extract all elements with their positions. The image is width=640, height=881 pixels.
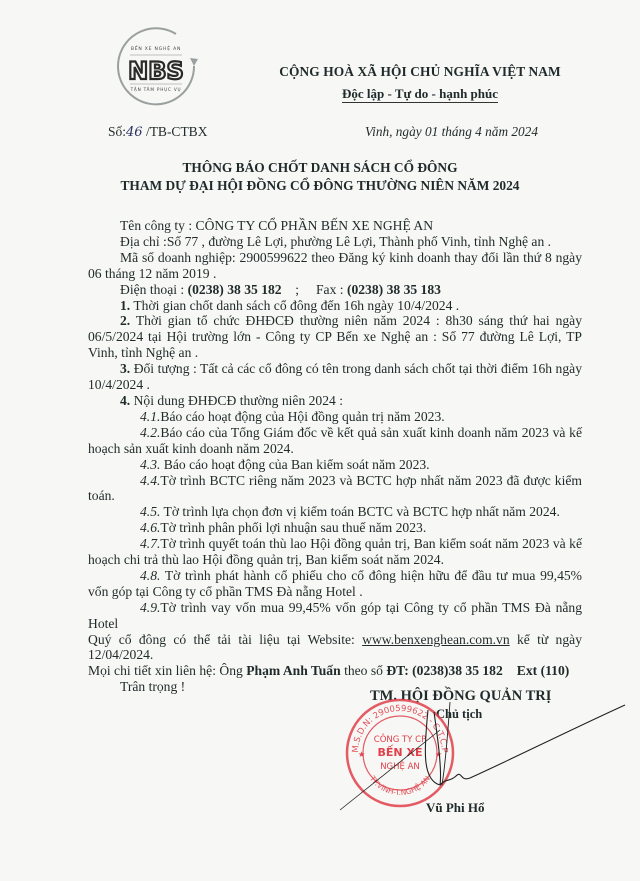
agenda-text: Tờ trình vay vốn mua 99,45% vốn góp tại … <box>88 600 582 631</box>
contact-ext: Ext (110) <box>517 663 569 678</box>
contact-phone: ĐT: (0238)38 35 182 <box>386 663 502 678</box>
doc-number-suffix: /TB-CTBX <box>143 124 208 139</box>
agenda-text: Báo cáo hoạt động của Ban kiểm soát năm … <box>160 457 429 472</box>
agenda-number: 4.4. <box>140 473 160 488</box>
label: Tên công ty : <box>120 218 196 233</box>
doc-number-prefix: Số: <box>108 124 126 139</box>
agenda-number: 4.6. <box>140 520 160 535</box>
agenda-text: Tờ trình phát hành cổ phiếu cho cổ đông … <box>88 568 582 599</box>
document-number: Số:46 /TB-CTBX <box>108 124 207 140</box>
agenda-text: Tờ trình BCTC riêng năm 2023 và BCTC hợp… <box>88 473 582 504</box>
doc-title-line2: THAM DỰ ĐẠI HỘI ĐỒNG CỔ ĐÔNG THƯỜNG NIÊN… <box>60 178 580 194</box>
item-text: Đối tượng : Tất cả các cổ đông có tên tr… <box>88 361 582 392</box>
label: Địa chỉ : <box>120 234 167 249</box>
company-name-line: Tên công ty : CÔNG TY CỔ PHẦN BẾN XE NGH… <box>88 218 582 234</box>
label: Điện thoại : <box>120 282 188 297</box>
agenda-4-8: 4.8. Tờ trình phát hành cổ phiếu cho cổ … <box>88 568 582 600</box>
item-number: 1. <box>120 298 130 313</box>
national-title: CỘNG HOÀ XÃ HỘI CHỦ NGHĨA VIỆT NAM <box>270 64 570 80</box>
agenda-4-6: 4.6.Tờ trình phân phối lợi nhuận sau thu… <box>88 520 582 536</box>
agenda-text: Tờ trình phân phối lợi nhuận sau thuế nă… <box>160 520 426 535</box>
address-line: Địa chỉ :Số 77 , đường Lê Lợi, phường Lê… <box>88 234 582 250</box>
label: Fax : <box>316 282 347 297</box>
agenda-number: 4.2. <box>140 425 160 440</box>
national-motto: Độc lập - Tự do - hạnh phúc <box>270 86 570 102</box>
agenda-4-3: 4.3. Báo cáo hoạt động của Ban kiểm soát… <box>88 457 582 473</box>
contact-middle: theo số <box>341 663 387 678</box>
agenda-4-5: 4.5. Tờ trình lựa chọn đơn vị kiểm toán … <box>88 504 582 520</box>
svg-text:TẬN TÂM PHỤC VỤ: TẬN TÂM PHỤC VỤ <box>130 87 182 92</box>
contact-prefix: Mọi chi tiết xin liên hệ: Ông <box>88 663 246 678</box>
item-2: 2. Thời gian tổ chức ĐHĐCĐ thường niên n… <box>88 313 582 361</box>
agenda-4-7: 4.7.Tờ trình quyết toán thù lao Hội đồng… <box>88 536 582 568</box>
doc-number-handwritten: 46 <box>126 125 143 140</box>
signer-name: Vũ Phi Hổ <box>426 800 485 816</box>
agenda-number: 4.9. <box>140 600 160 615</box>
tax-code-line: Mã số doanh nghiệp: 2900599622 theo Đăng… <box>88 250 582 282</box>
item-number: 3. <box>120 361 130 376</box>
agenda-number: 4.7. <box>140 536 160 551</box>
motto-text: Độc lập - Tự do - hạnh phúc <box>342 86 498 103</box>
separator: ; <box>282 282 316 297</box>
agenda-4-9: 4.9.Tờ trình vay vốn mua 99,45% vốn góp … <box>88 600 582 632</box>
agenda-4-4: 4.4.Tờ trình BCTC riêng năm 2023 và BCTC… <box>88 473 582 505</box>
agenda-text: Báo cáo hoạt động của Hội đồng quản trị … <box>160 409 444 424</box>
company-address: Số 77 , đường Lê Lợi, phường Lê Lợi, Thà… <box>167 234 551 249</box>
agenda-text: Tờ trình quyết toán thù lao Hội đồng quả… <box>88 536 582 567</box>
agenda-number: 4.3. <box>140 457 160 472</box>
svg-text:NBS: NBS <box>128 57 184 85</box>
handwritten-signature-icon <box>330 690 630 840</box>
agenda-number: 4.5. <box>140 504 160 519</box>
contact-line: Mọi chi tiết xin liên hệ: Ông Phạm Anh T… <box>88 663 582 679</box>
agenda-text: Báo cáo của Tổng Giám đốc về kết quả sản… <box>88 425 582 456</box>
phone-fax-line: Điện thoại : (0238) 38 35 182 ; Fax : (0… <box>88 282 582 298</box>
phone-number: (0238) 38 35 182 <box>188 282 282 297</box>
doc-title-line1: THÔNG BÁO CHỐT DANH SÁCH CỔ ĐÔNG <box>60 160 580 176</box>
contact-name: Phạm Anh Tuấn <box>246 663 340 678</box>
download-prefix: Quý cổ đông có thể tải tài liệu tại Webs… <box>88 632 362 647</box>
company-name: CÔNG TY CỔ PHẦN BẾN XE NGHỆ AN <box>196 218 434 233</box>
document-body: Tên công ty : CÔNG TY CỔ PHẦN BẾN XE NGH… <box>88 218 582 695</box>
agenda-number: 4.1. <box>140 409 160 424</box>
item-text: Thời gian chốt danh sách cổ đông đến 16h… <box>130 298 459 313</box>
item-number: 2. <box>120 313 130 328</box>
agenda-4-2: 4.2.Báo cáo của Tổng Giám đốc về kết quả… <box>88 425 582 457</box>
agenda-4-1: 4.1.Báo cáo hoạt động của Hội đồng quản … <box>88 409 582 425</box>
svg-text:BẾN XE NGHỆ AN: BẾN XE NGHỆ AN <box>131 44 181 52</box>
item-4: 4. Nội dung ĐHĐCĐ thường niên 2024 : <box>88 393 582 409</box>
agenda-number: 4.8. <box>140 568 160 583</box>
place-date: Vinh, ngày 01 tháng 4 năm 2024 <box>365 124 538 140</box>
website-link[interactable]: www.benxenghean.com.vn <box>362 632 509 647</box>
item-number: 4. <box>120 393 130 408</box>
company-logo: BẾN XE NGHỆ AN NBS TẬN TÂM PHỤC VỤ <box>116 26 202 112</box>
document-page: BẾN XE NGHỆ AN NBS TẬN TÂM PHỤC VỤ CỘNG … <box>0 0 640 881</box>
nbs-logo-icon: BẾN XE NGHỆ AN NBS TẬN TÂM PHỤC VỤ <box>116 26 202 112</box>
item-1: 1. Thời gian chốt danh sách cổ đông đến … <box>88 298 582 314</box>
item-text: Thời gian tổ chức ĐHĐCĐ thường niên năm … <box>88 313 582 360</box>
download-line: Quý cổ đông có thể tải tài liệu tại Webs… <box>88 632 582 664</box>
agenda-text: Tờ trình lựa chọn đơn vị kiểm toán BCTC … <box>160 504 559 519</box>
fax-number: (0238) 38 35 183 <box>347 282 441 297</box>
item-3: 3. Đối tượng : Tất cả các cổ đông có tên… <box>88 361 582 393</box>
item-text: Nội dung ĐHĐCĐ thường niên 2024 : <box>130 393 343 408</box>
